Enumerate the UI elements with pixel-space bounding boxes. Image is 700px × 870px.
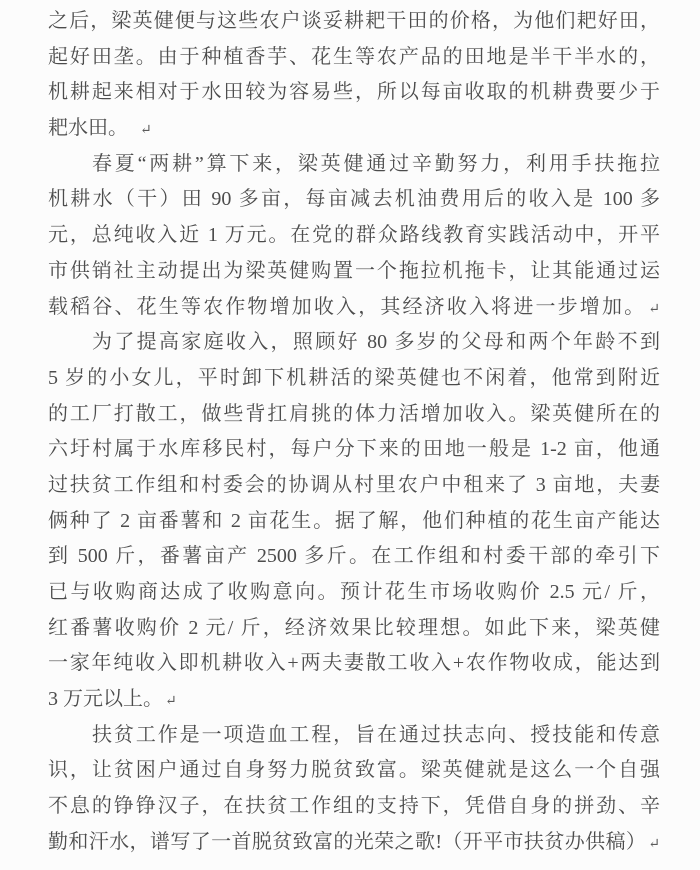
paragraph: 为了提高家庭收入，照顾好 80 多岁的父母和两个年龄不到5 岁的小女儿，平时卸下…: [48, 325, 660, 718]
text-line: 5 岁的小女儿，平时卸下机耕活的梁英健也不闲着，他常到附近: [48, 361, 660, 397]
text-line: 春夏“两耕”算下来，梁英健通过辛勤努力，利用手扶拖拉: [48, 147, 660, 183]
paragraph: 扶贫工作是一项造血工程，旨在通过扶志向、授技能和传意识，让贫困户通过自身努力脱贫…: [48, 718, 660, 861]
text-line: 耙水田。 ↵: [48, 111, 660, 147]
text-line: 机耕水（干）田 90 多亩，每亩减去机油费用后的收入是 100 多: [48, 182, 660, 218]
document-page: 之后，梁英健便与这些农户谈妥耕耙干田的价格，为他们耙好田，起好田垄。由于种植香芋…: [0, 0, 700, 870]
text-line: 不息的铮铮汉子，在扶贫工作组的支持下，凭借自身的拼劲、辛: [48, 789, 660, 825]
text-line: 扶贫工作是一项造血工程，旨在通过扶志向、授技能和传意: [48, 718, 660, 754]
text-line: 已与收购商达成了收购意向。预计花生市场收购价 2.5 元/ 斤，: [48, 575, 660, 611]
paragraph-mark-icon: ↵: [140, 123, 152, 138]
paragraph-mark-icon: ↵: [165, 694, 177, 709]
text-line: 的工厂打散工，做些背扛肩挑的体力活增加收入。梁英健所在的: [48, 397, 660, 433]
text-line: 过扶贫工作组和村委会的协调从村里农户中租来了 3 亩地，夫妻: [48, 468, 660, 504]
text-line: 起好田垄。由于种植香芋、花生等农产品的田地是半干半水的，: [48, 40, 660, 76]
text-line: 之后，梁英健便与这些农户谈妥耕耙干田的价格，为他们耙好田，: [48, 4, 660, 40]
text-line: 俩种了 2 亩番薯和 2 亩花生。据了解，他们种植的花生亩产能达: [48, 504, 660, 540]
paragraph-mark-icon: ↵: [648, 302, 660, 317]
text-line: 红番薯收购价 2 元/ 斤，经济效果比较理想。如此下来，梁英健: [48, 611, 660, 647]
paragraph: 之后，梁英健便与这些农户谈妥耕耙干田的价格，为他们耙好田，起好田垄。由于种植香芋…: [48, 4, 660, 147]
text-line: 识，让贫困户通过自身努力脱贫致富。梁英健就是这么一个自强: [48, 753, 660, 789]
text-line: 3 万元以上。↵: [48, 682, 660, 718]
text-line: 六圩村属于水库移民村，每户分下来的田地一般是 1-2 亩，他通: [48, 432, 660, 468]
text-line: 机耕起来相对于水田较为容易些，所以每亩收取的机耕费要少于: [48, 75, 660, 111]
text-line: 勤和汗水，谱写了一首脱贫致富的光荣之歌!（开平市扶贫办供稿）↵: [48, 825, 660, 861]
paragraph-mark-icon: ↵: [648, 837, 660, 852]
text-line: 元，总纯收入近 1 万元。在党的群众路线教育实践活动中，开平: [48, 218, 660, 254]
text-line: 到 500 斤，番薯亩产 2500 多斤。在工作组和村委干部的牵引下: [48, 539, 660, 575]
text-line: 载稻谷、花生等农作物增加收入，其经济收入将进一步增加。↵: [48, 290, 660, 326]
text-line: 一家年纯收入即机耕收入+两夫妻散工收入+农作物收成，能达到: [48, 646, 660, 682]
paragraph: 春夏“两耕”算下来，梁英健通过辛勤努力，利用手扶拖拉机耕水（干）田 90 多亩，…: [48, 147, 660, 325]
text-line: 为了提高家庭收入，照顾好 80 多岁的父母和两个年龄不到: [48, 325, 660, 361]
text-line: 市供销社主动提出为梁英健购置一个拖拉机拖卡，让其能通过运: [48, 254, 660, 290]
